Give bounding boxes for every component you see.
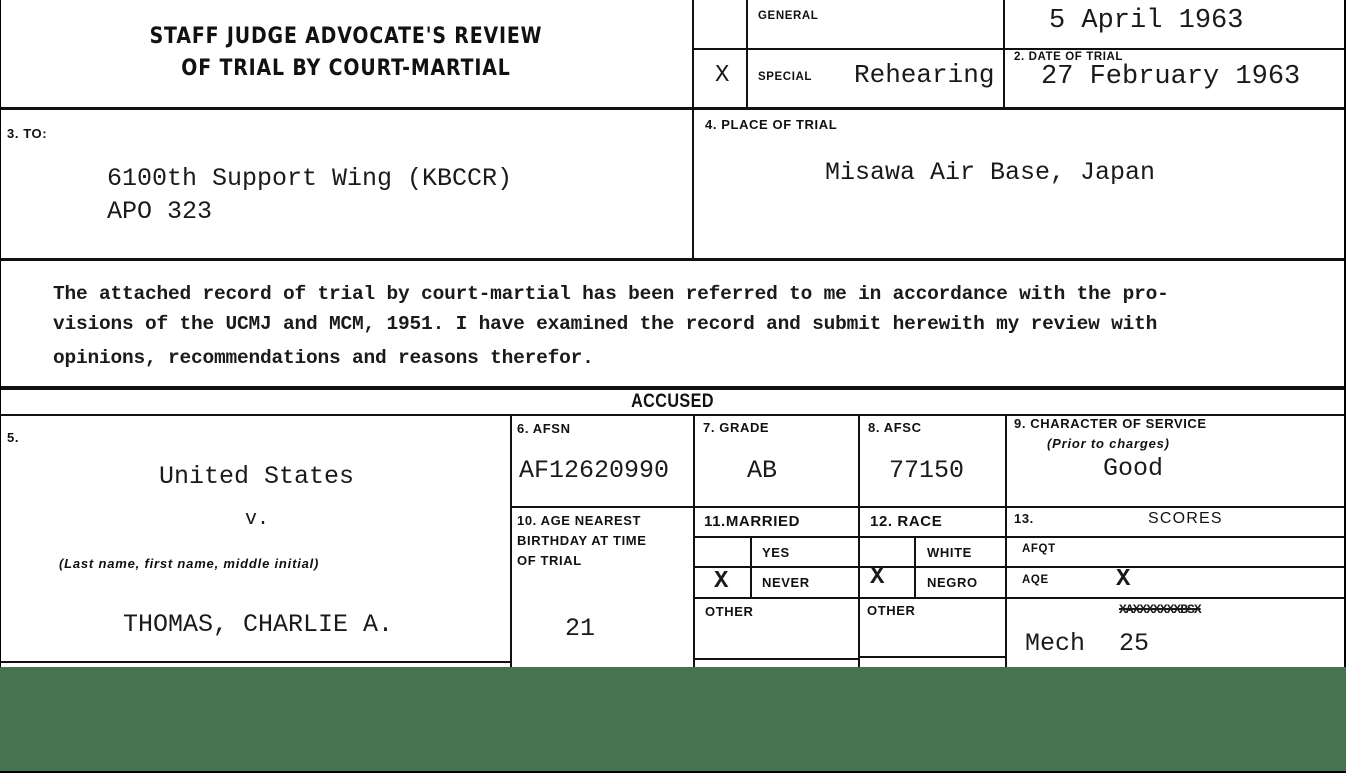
mech-score-value: 25 bbox=[1119, 629, 1149, 658]
intro-paragraph-line1: The attached record of trial by court-ma… bbox=[53, 278, 1313, 310]
divider bbox=[1005, 414, 1007, 667]
mech-score-label: Mech bbox=[1025, 629, 1085, 658]
plaintiff-name: United States bbox=[159, 462, 354, 491]
scores-label: SCORES bbox=[1148, 510, 1223, 528]
age-label-line3: OF TRIAL bbox=[517, 553, 582, 568]
afqt-label: AFQT bbox=[1022, 543, 1056, 555]
general-label: GENERAL bbox=[758, 10, 818, 22]
case-number-label: 5. bbox=[7, 430, 19, 445]
divider bbox=[858, 656, 1005, 658]
age-label-line2: BIRTHDAY AT TIME bbox=[517, 533, 647, 548]
married-never-label: NEVER bbox=[762, 575, 810, 590]
afsc-value: 77150 bbox=[889, 456, 964, 485]
race-negro-label: NEGRO bbox=[927, 575, 978, 590]
age-value: 21 bbox=[565, 614, 595, 643]
race-label: 12. RACE bbox=[870, 513, 942, 530]
divider bbox=[693, 414, 695, 667]
divider bbox=[1003, 0, 1005, 108]
divider bbox=[1, 661, 510, 663]
review-form-page: STAFF JUDGE ADVOCATE'S REVIEW OF TRIAL B… bbox=[1, 0, 1344, 771]
race-other-label: OTHER bbox=[867, 603, 916, 618]
special-checkbox-mark[interactable]: X bbox=[715, 62, 729, 89]
divider bbox=[693, 536, 1344, 538]
divider bbox=[746, 0, 748, 108]
married-label: 11.MARRIED bbox=[704, 513, 800, 530]
versus-text: v. bbox=[245, 508, 269, 531]
age-label-line1: 10. AGE NEAREST bbox=[517, 513, 641, 528]
married-never-mark[interactable]: X bbox=[714, 568, 728, 595]
divider bbox=[692, 0, 694, 260]
character-of-service-label: 9. CHARACTER OF SERVICE bbox=[1014, 416, 1207, 431]
intro-paragraph-line3: opinions, recommendations and reasons th… bbox=[53, 342, 1313, 374]
place-of-trial-value: Misawa Air Base, Japan bbox=[825, 158, 1155, 187]
married-yes-label: YES bbox=[762, 545, 790, 560]
to-address-line2: APO 323 bbox=[107, 197, 212, 226]
accused-section-label: ACCUSED bbox=[102, 391, 1244, 413]
scores-number: 13. bbox=[1014, 511, 1034, 526]
divider bbox=[1, 386, 1344, 390]
race-white-label: WHITE bbox=[927, 545, 972, 560]
date-of-trial-value: 27 February 1963 bbox=[1041, 62, 1300, 92]
intro-paragraph-line2: visions of the UCMJ and MCM, 1951. I hav… bbox=[53, 308, 1313, 340]
divider bbox=[1, 107, 1344, 110]
grade-label: 7. GRADE bbox=[703, 420, 769, 435]
divider bbox=[858, 414, 860, 667]
afsn-label: 6. AFSN bbox=[517, 421, 571, 436]
divider bbox=[693, 658, 858, 660]
divider bbox=[692, 48, 1344, 50]
race-negro-mark[interactable]: X bbox=[870, 564, 884, 591]
special-label: SPECIAL bbox=[758, 71, 812, 83]
character-of-service-value: Good bbox=[1103, 454, 1163, 483]
character-of-service-sublabel: (Prior to charges) bbox=[1047, 436, 1170, 451]
divider bbox=[693, 566, 1344, 568]
divider bbox=[1, 258, 1344, 261]
form-title-line1: STAFF JUDGE ADVOCATE'S REVIEW bbox=[49, 24, 642, 49]
struck-out-text: XAXXXXXXXBSX bbox=[1119, 602, 1201, 617]
married-other-label: OTHER bbox=[705, 604, 754, 619]
divider bbox=[693, 597, 1344, 599]
divider bbox=[510, 414, 512, 667]
rehearing-note: Rehearing bbox=[854, 60, 994, 90]
place-of-trial-label: 4. PLACE OF TRIAL bbox=[705, 117, 837, 132]
defendant-name: THOMAS, CHARLIE A. bbox=[123, 610, 393, 639]
review-date: 5 April 1963 bbox=[1049, 6, 1243, 36]
grade-value: AB bbox=[747, 456, 777, 485]
to-address-line1: 6100th Support Wing (KBCCR) bbox=[107, 164, 512, 193]
form-title-line2: OF TRIAL BY COURT-MARTIAL bbox=[49, 56, 642, 81]
afsc-label: 8. AFSC bbox=[868, 420, 922, 435]
aqe-value: X bbox=[1116, 566, 1130, 593]
divider bbox=[914, 536, 916, 598]
to-label: 3. TO: bbox=[7, 126, 47, 141]
aqe-label: AQE bbox=[1022, 574, 1049, 586]
bottom-overlay-band bbox=[0, 667, 1346, 771]
divider bbox=[510, 506, 1344, 508]
name-format-hint: (Last name, first name, middle initial) bbox=[59, 556, 319, 571]
afsn-value: AF12620990 bbox=[519, 456, 669, 485]
